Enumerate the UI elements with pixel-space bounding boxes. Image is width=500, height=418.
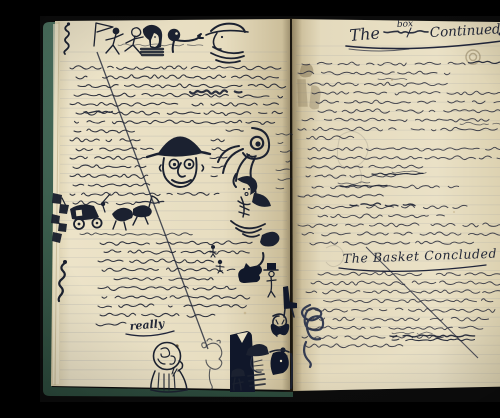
manuscript-photo: box The Continued The Basket Concluded r… [40,16,500,402]
gutter-shadow [282,18,302,392]
title-prefix: The [349,23,381,45]
manuscript-scan: box The Continued The Basket Concluded r… [40,16,500,402]
